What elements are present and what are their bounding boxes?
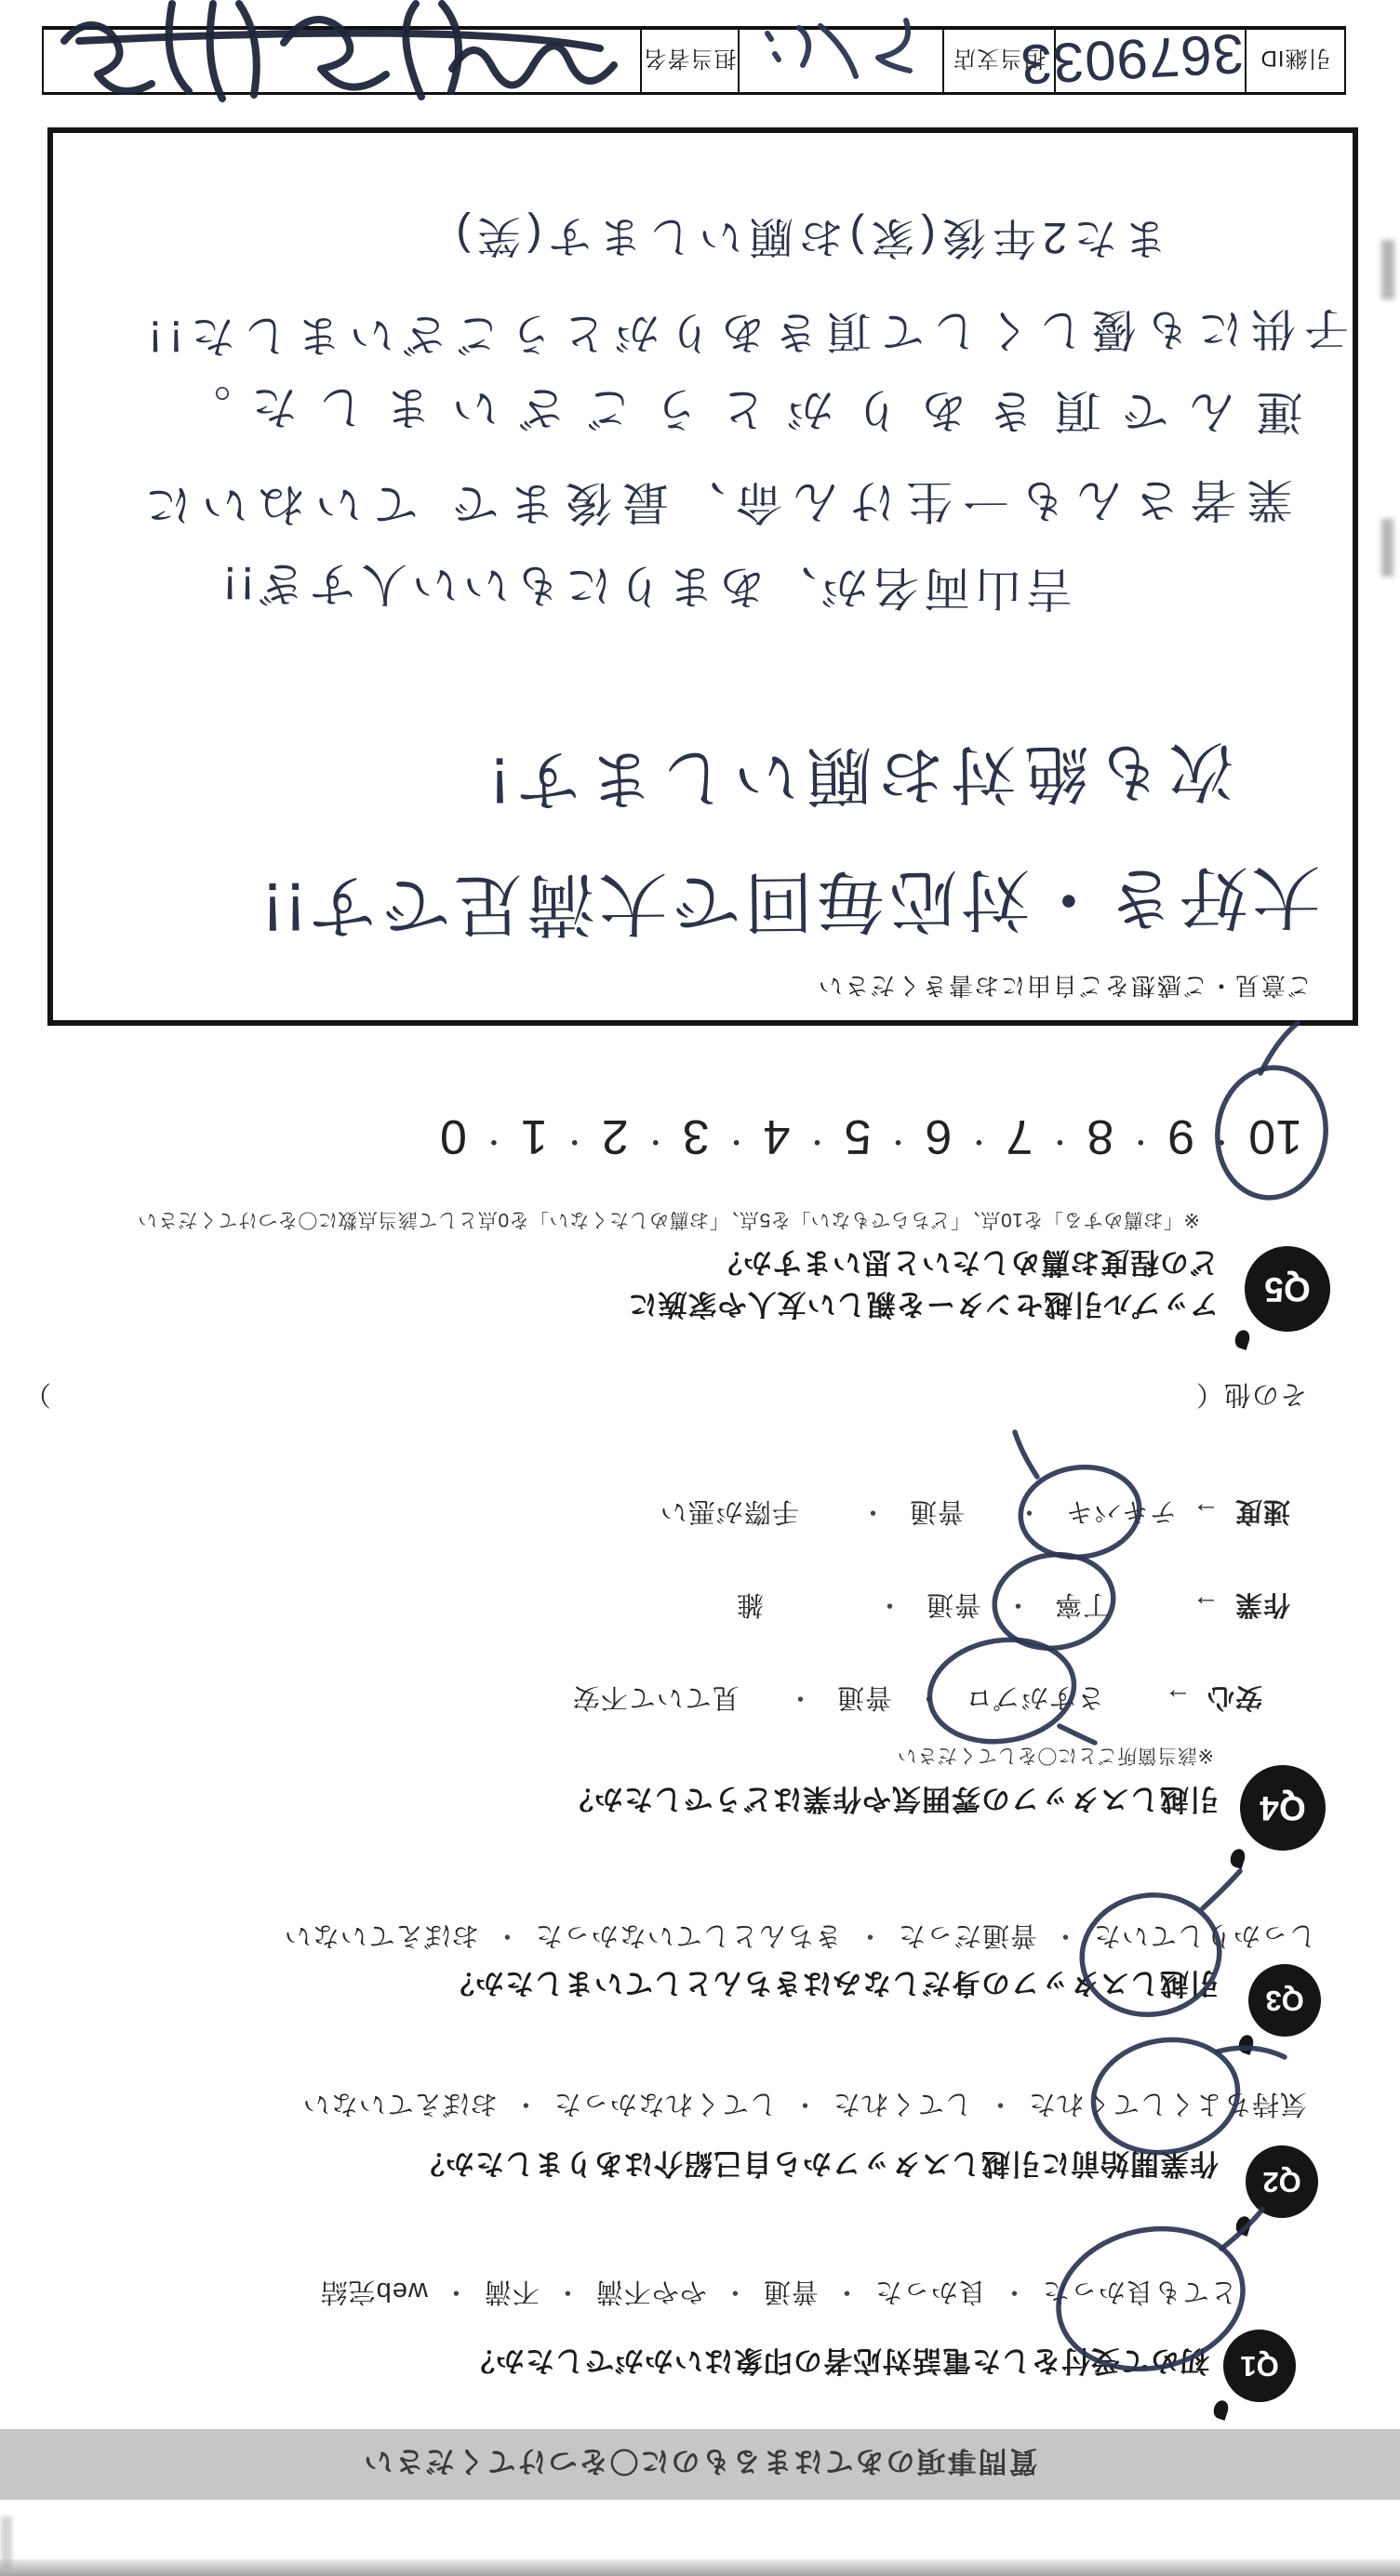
comment-prompt: ご意見・ご感想をご自由にお書きください	[817, 970, 1312, 1004]
handwritten-line: 大好き・対応毎回で大満足です!!	[259, 852, 1321, 962]
option: 手際が悪い	[660, 1496, 799, 1526]
q2-options: 気持ちよくしてくれた・してくれた・してくれなかった・おぼえていない	[302, 2087, 1307, 2125]
option: やや不満	[595, 2277, 707, 2306]
option-separator: ・	[986, 2089, 1014, 2118]
q1-title: 初めて受付をした電話対応者の印象はいかがでしたか？	[465, 2343, 1209, 2384]
handwritten-line: 子供にも優しくして頂きありがとうございました!!	[140, 299, 1349, 372]
scale-separator: ・	[965, 1125, 993, 1156]
option-separator: ・	[859, 1496, 887, 1526]
option: してくれた	[833, 2089, 972, 2118]
scale-separator: ・	[723, 1125, 751, 1156]
option-separator: ・	[512, 2089, 540, 2118]
q4-note: ※該当箇所ごとに〇をしてください	[897, 1743, 1214, 1771]
q1-options: とても良かった・良かった・普通・やや不満・不満・web完結	[320, 2275, 1237, 2313]
option-separator: ・	[786, 1682, 814, 1712]
option-separator: ・	[442, 2277, 470, 2306]
q4-row-sokudo: 速度→テキパキ・普通・手際が悪い	[660, 1494, 1290, 1533]
q3-title: 引越しスタッフの身だしなみはきちんとしていましたか？	[445, 1965, 1219, 2007]
scanned-survey-sheet: 質問事項のあてはまるものに〇をつけてください Q1 初めて受付をした電話対応者の…	[0, 0, 1400, 2576]
option: しっかりしていた	[1093, 1920, 1316, 1950]
q5-badge-label: Q5	[1264, 1269, 1310, 1308]
q5-badge: Q5	[1245, 1246, 1330, 1332]
handwritten-line: 運んで頂きありがとうございました。	[164, 377, 1302, 449]
option: 良かった	[874, 2277, 986, 2306]
q4-row-anshin: 安心→さすがプロ・普通・見ていて不安	[572, 1680, 1262, 1719]
q3-badge: Q3	[1248, 1964, 1321, 2037]
scan-smudge	[1381, 240, 1394, 299]
id-label-cell: 引継ID	[1245, 30, 1344, 92]
option: きちんとしていなかった	[535, 1920, 842, 1950]
handover-id-handwritten: 3679033	[1019, 21, 1246, 97]
scan-edge-strip	[0, 2559, 1400, 2576]
option: テキパキ	[1065, 1496, 1177, 1526]
q4-badge: Q4	[1240, 1765, 1326, 1851]
row-label: 安心	[1207, 1682, 1262, 1712]
scale-separator: ・	[1207, 1125, 1235, 1156]
option: 普通	[763, 2277, 819, 2306]
scale-value: 2	[602, 1109, 629, 1163]
option: 普通	[836, 1682, 892, 1712]
q3-options: しっかりしていた・普通だった・きちんとしていなかった・おぼえていない	[284, 1919, 1316, 1957]
scale-separator: ・	[884, 1125, 912, 1156]
arrow-icon: →	[1192, 1496, 1220, 1526]
branch-value-cell	[738, 30, 942, 92]
option: 普通	[909, 1496, 965, 1526]
scale-value: 5	[845, 1109, 872, 1163]
instruction-bar: 質問事項のあてはまるものに〇をつけてください	[0, 2429, 1400, 2500]
option-separator: ・	[875, 1589, 903, 1619]
arrow-icon: →	[1164, 1682, 1192, 1712]
option-separator: ・	[553, 2277, 581, 2306]
option: 雑	[736, 1589, 764, 1619]
staff-name-value-cell	[44, 30, 640, 92]
scale-value: 1	[521, 1109, 548, 1163]
option-separator: ・	[1000, 2277, 1028, 2306]
q4-row-sagyou: 作業→丁寧・普通・雑	[736, 1587, 1290, 1626]
instruction-bar-text: 質問事項のあてはまるものに〇をつけてください	[363, 2444, 1038, 2486]
scale-separator: ・	[642, 1125, 670, 1156]
q2-badge: Q2	[1246, 2145, 1318, 2218]
q4-badge-label: Q4	[1260, 1788, 1305, 1827]
q5-title-line2: どの程度お薦めしたいと思いますか？	[713, 1244, 1219, 1286]
option-separator: ・	[1004, 1589, 1032, 1619]
q5-title-line1: アップル引越センターを親しい友人や家族に	[628, 1286, 1219, 1328]
q2-title: 作業開始前に引越しスタッフから自己紹介はありましたか？	[415, 2145, 1219, 2187]
arrow-icon: →	[1192, 1589, 1220, 1619]
row-label: 速度	[1234, 1496, 1290, 1526]
handwritten-line: 次も絶対お願いします!	[483, 728, 1235, 832]
scale-value: 3	[683, 1109, 710, 1163]
option: 丁寧	[1054, 1589, 1110, 1619]
option-separator: ・	[791, 2089, 819, 2118]
scale-value: 0	[440, 1109, 467, 1163]
handwritten-line: 吉山両名が、あまりにもいい人すぎ!!	[219, 553, 1073, 626]
q5-note: ※「お薦めする」を10点、「どちらでもない」を5点、「お薦めしたくない」を0点と…	[138, 1207, 1200, 1235]
option-separator: ・	[833, 2277, 860, 2306]
handwritten-line: 業者さんも一生けん命、最後まで ていねいに	[135, 470, 1293, 543]
q4-other-label: その他（	[1195, 1377, 1307, 1415]
option: おぼえていない	[284, 1920, 479, 1950]
option-separator: ・	[856, 1920, 884, 1950]
scale-separator: ・	[1127, 1125, 1154, 1156]
option: おぼえていない	[302, 2089, 498, 2118]
scale-value: 10	[1248, 1109, 1302, 1163]
handwritten-line: また2年後(家)お願いします(笑)	[449, 208, 1167, 273]
option: してくれなかった	[553, 2089, 777, 2118]
q5-nps-scale: 10・9・8・7・6・5・4・3・2・1・0	[440, 1109, 1302, 1164]
option-separator: ・	[1051, 1920, 1079, 1950]
option-separator: ・	[1015, 1496, 1043, 1526]
q2-badge-label: Q2	[1262, 2165, 1300, 2198]
option-separator: ・	[493, 1920, 521, 1950]
scan-smudge	[1, 2516, 12, 2572]
row-label: 作業	[1234, 1589, 1290, 1619]
option: 普通	[926, 1589, 981, 1619]
scale-value: 4	[764, 1109, 791, 1163]
scale-value: 7	[1006, 1109, 1033, 1163]
staff-name-label-cell: 担当者名	[640, 30, 738, 92]
scale-value: 9	[1167, 1109, 1194, 1163]
option: 普通だった	[898, 1920, 1037, 1950]
scale-separator: ・	[480, 1125, 508, 1156]
option: さすがプロ	[965, 1682, 1104, 1712]
option: とても良かった	[1042, 2277, 1237, 2306]
q1-badge-label: Q1	[1240, 2349, 1278, 2383]
scale-value: 8	[1087, 1109, 1113, 1163]
option: 見ていて不安	[572, 1682, 740, 1712]
option-separator: ・	[914, 1682, 942, 1712]
option: 不満	[484, 2277, 540, 2306]
scale-separator: ・	[1046, 1125, 1073, 1156]
q1-badge: Q1	[1223, 2330, 1296, 2402]
scan-smudge	[1381, 519, 1393, 577]
option: 気持ちよくしてくれた	[1028, 2089, 1307, 2118]
option: web完結	[320, 2277, 428, 2306]
q4-title: 引越しスタッフの雰囲気や作業はどうでしたか？	[564, 1781, 1219, 1823]
scale-separator: ・	[804, 1125, 832, 1156]
scale-value: 6	[925, 1109, 952, 1163]
scale-separator: ・	[561, 1125, 589, 1156]
q4-other-close: ）	[23, 1377, 51, 1415]
q3-badge-label: Q3	[1265, 1984, 1303, 2017]
option-separator: ・	[721, 2277, 749, 2306]
